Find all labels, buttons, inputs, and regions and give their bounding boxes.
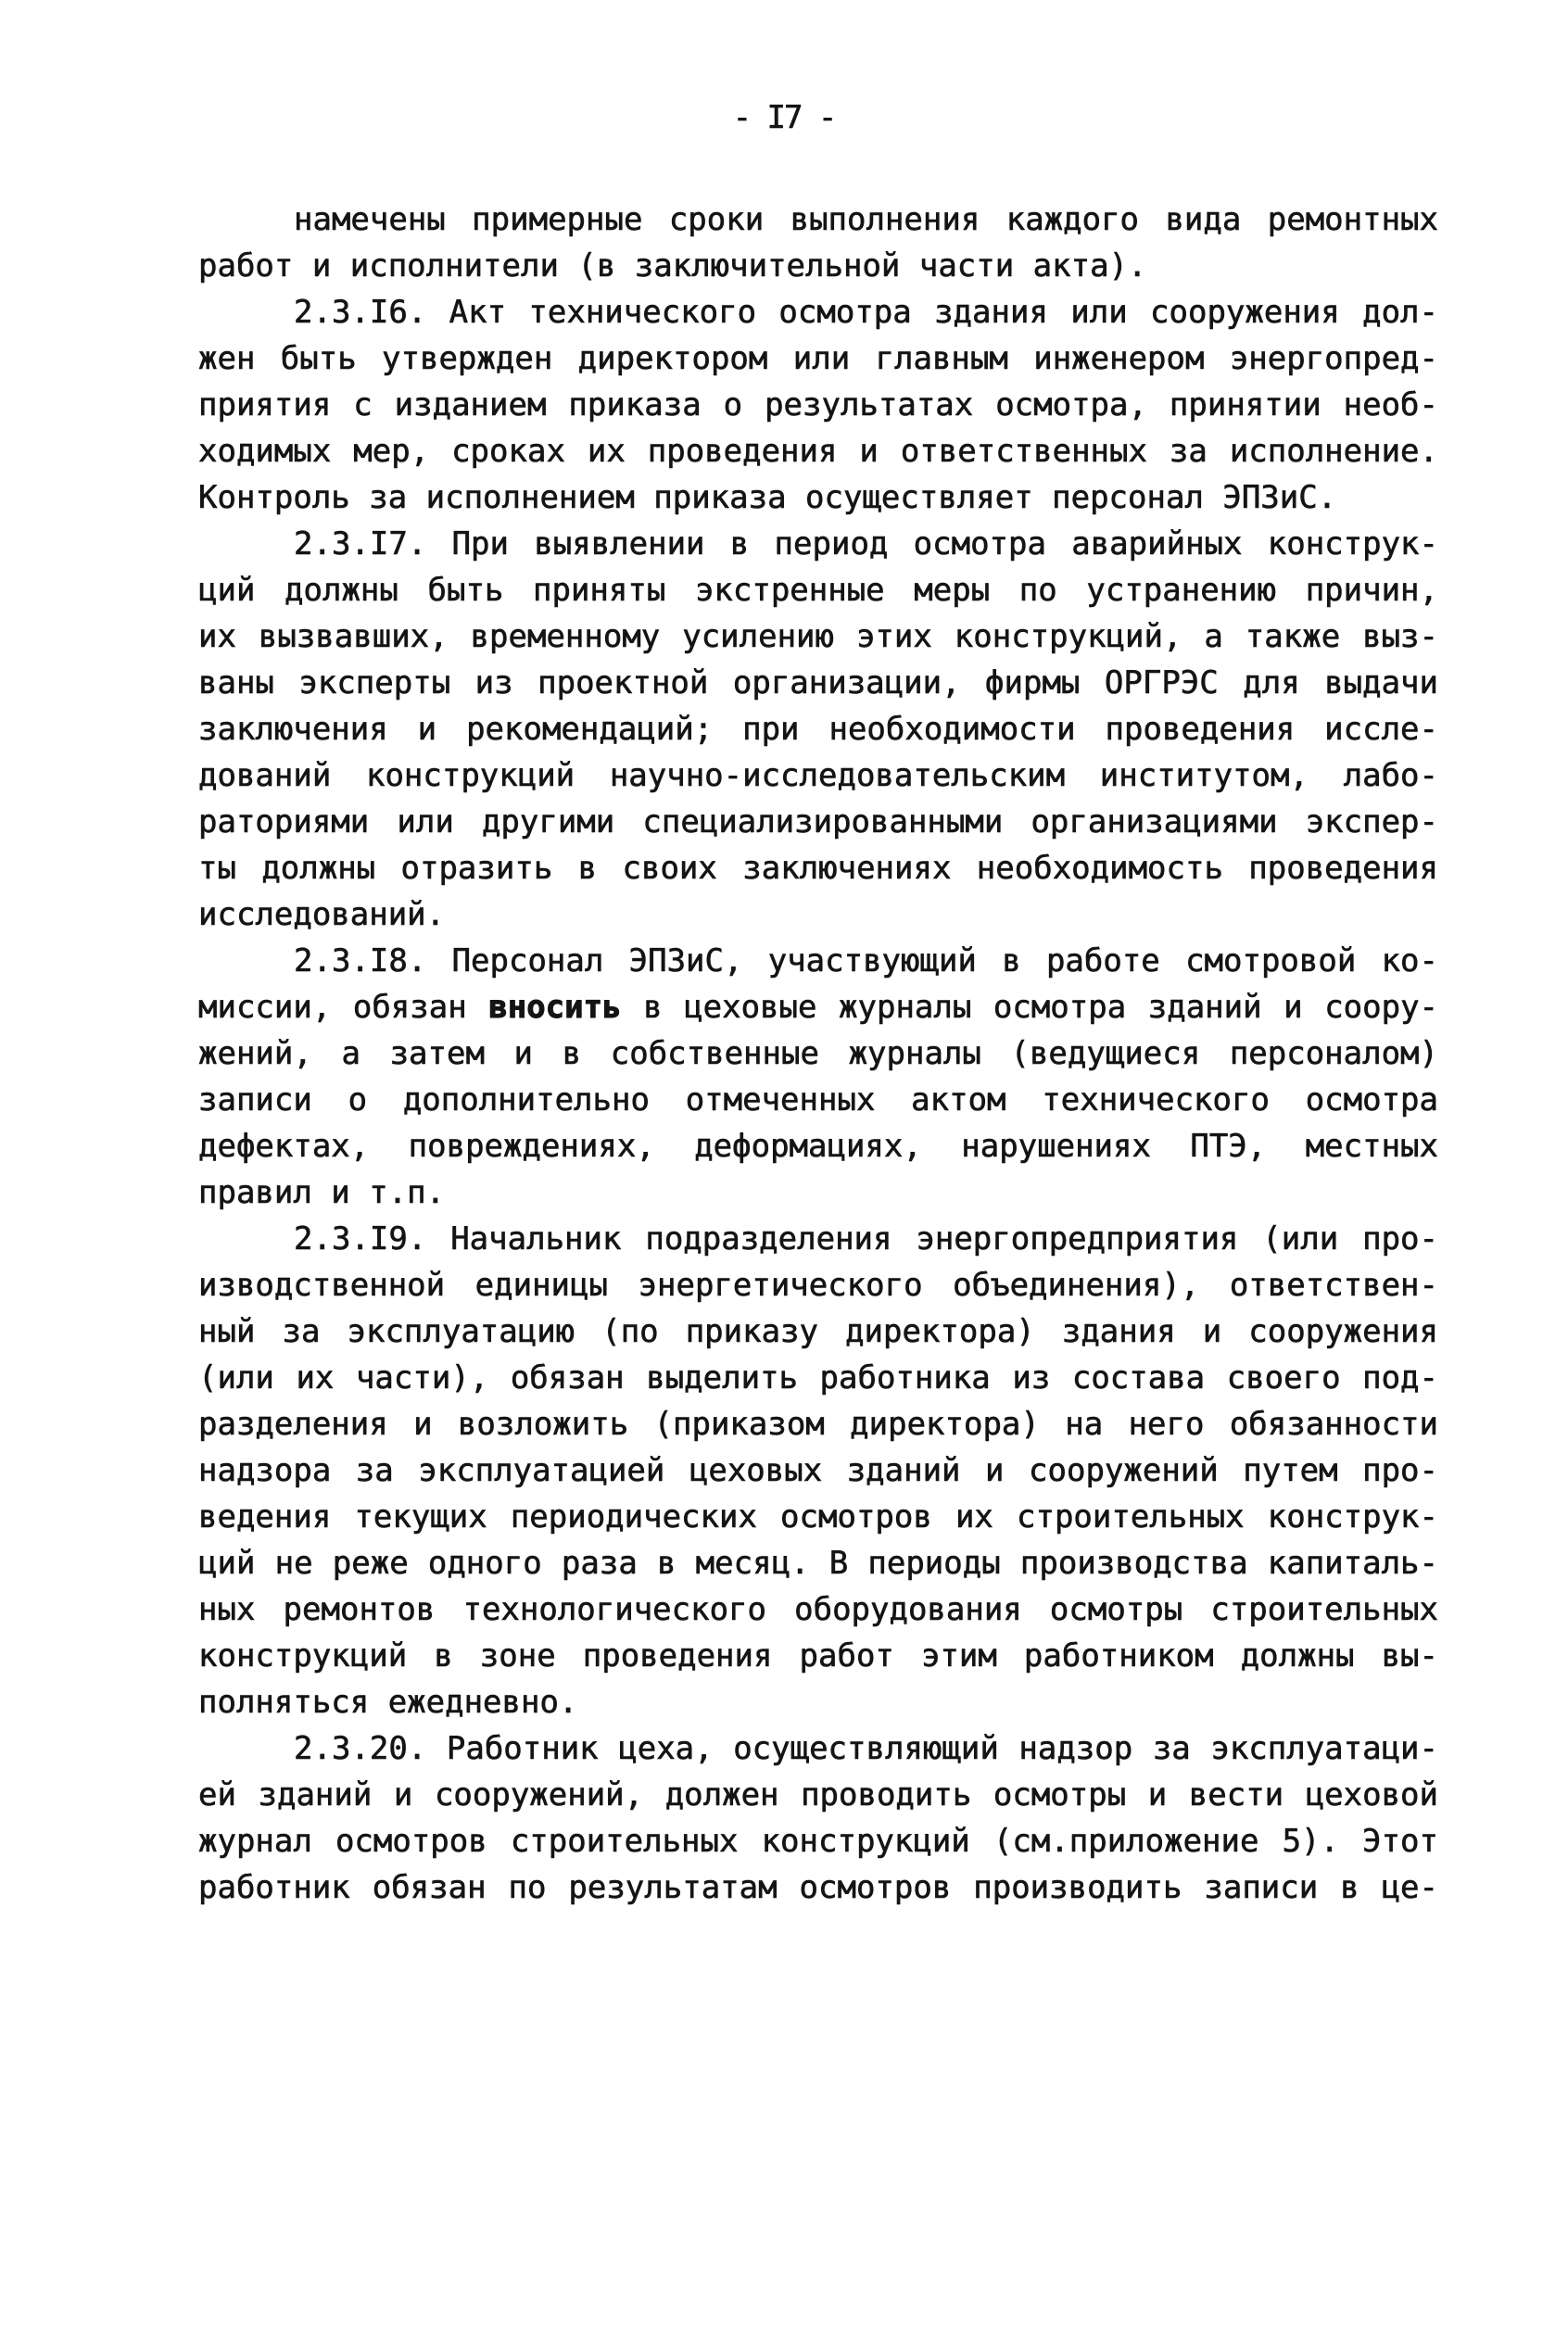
text-line: надзора за эксплуатацией цеховых зданий … [198, 1447, 1438, 1494]
text-line: журнал осмотров строительных конструкций… [198, 1818, 1438, 1864]
document-page: - I7 - намечены примерные сроки выполнен… [0, 0, 1568, 2325]
text-line: миссии, обязан вносить в цеховые журналы… [198, 984, 1438, 1030]
text-line: Контроль за исполнением приказа осуществ… [198, 474, 1438, 521]
text-line: приятия с изданием приказа о результатах… [198, 382, 1438, 428]
text-line: правил и т.п. [198, 1169, 1438, 1216]
text-line: ваны эксперты из проектной организации, … [198, 660, 1438, 706]
text-line: изводственной единицы энергетического об… [198, 1262, 1438, 1308]
text-segment: в цеховые журналы осмотра зданий и соору… [622, 989, 1438, 1026]
text-line: намечены примерные сроки выполнения кажд… [198, 196, 1438, 243]
text-line: разделения и возложить (приказом директо… [198, 1401, 1438, 1447]
text-line: дований конструкций научно-исследователь… [198, 752, 1438, 799]
text-line: ций не реже одного раза в месяц. В перио… [198, 1540, 1438, 1586]
text-line: (или их части), обязан выделить работник… [198, 1355, 1438, 1401]
text-line: 2.3.I7. При выявлении в период осмотра а… [198, 521, 1438, 567]
text-line: раториями или другими специализированным… [198, 799, 1438, 845]
text-line: работ и исполнители (в заключительной ча… [198, 243, 1438, 289]
text-line: работник обязан по результатам осмотров … [198, 1864, 1438, 1911]
text-line: записи о дополнительно отмеченных актом … [198, 1077, 1438, 1123]
text-line: ный за эксплуатацию (по приказу директор… [198, 1308, 1438, 1355]
text-line: 2.3.I9. Начальник подразделения энергопр… [198, 1216, 1438, 1262]
text-line: жений, а затем и в собственные журналы (… [198, 1030, 1438, 1077]
text-line: ей зданий и сооружений, должен проводить… [198, 1772, 1438, 1818]
text-line: их вызвавших, временному усилению этих к… [198, 613, 1438, 660]
text-segment: миссии, обязан [198, 989, 488, 1026]
text-line: ных ремонтов технологического оборудован… [198, 1586, 1438, 1633]
bold-text: вносить [488, 989, 621, 1026]
page-number: - I7 - [0, 95, 1568, 141]
text-line: конструкций в зоне проведения работ этим… [198, 1633, 1438, 1679]
text-line: ты должны отразить в своих заключениях н… [198, 845, 1438, 891]
text-line: 2.3.I6. Акт технического осмотра здания … [198, 289, 1438, 335]
text-line: дефектах, повреждениях, деформациях, нар… [198, 1123, 1438, 1169]
text-line: заключения и рекомендаций; при необходим… [198, 706, 1438, 752]
text-line: исследований. [198, 891, 1438, 938]
text-line: ций должны быть приняты экстренные меры … [198, 567, 1438, 613]
text-line: ходимых мер, сроках их проведения и отве… [198, 428, 1438, 474]
text-line: 2.3.20. Работник цеха, осуществляющий на… [198, 1725, 1438, 1772]
text-line: полняться ежедневно. [198, 1679, 1438, 1725]
text-block: намечены примерные сроки выполнения кажд… [198, 196, 1438, 1911]
text-line: жен быть утвержден директором или главны… [198, 335, 1438, 382]
text-line: 2.3.I8. Персонал ЭПЗиС, участвующий в ра… [198, 938, 1438, 984]
text-line: ведения текущих периодических осмотров и… [198, 1494, 1438, 1540]
